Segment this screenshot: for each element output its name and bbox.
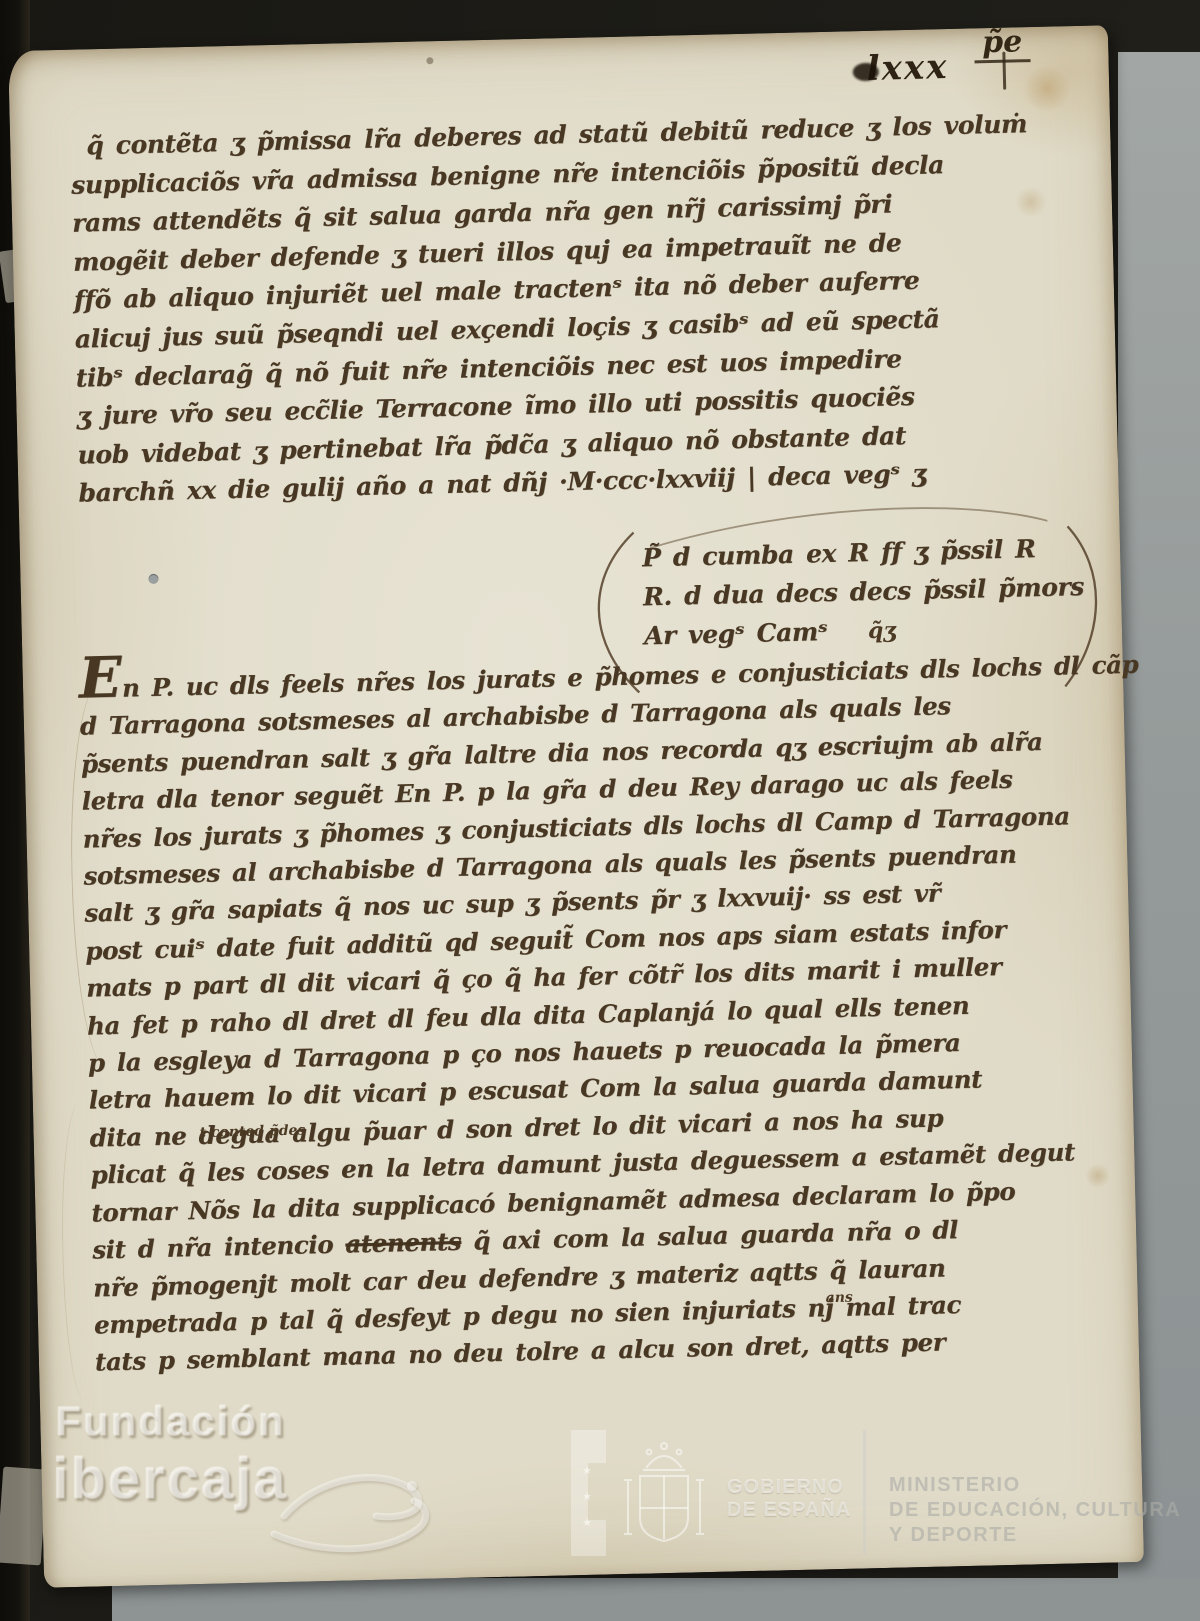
folio-probatory-mark: p̃e — [974, 27, 1031, 63]
catalan-paragraph: En P. uc dls feels nr̃es los jurats e p̃… — [78, 636, 1110, 1381]
flag-stars-icon: ★ ★ ★ — [574, 1458, 600, 1536]
manuscript-page: lxxx p̃e q̃ contẽta ʒ p̃missa lr̃a deber… — [8, 25, 1144, 1587]
gobierno-label: GOBIERNO — [727, 1476, 844, 1499]
manuscript-scan: lxxx p̃e q̃ contẽta ʒ p̃missa lr̃a deber… — [0, 0, 1200, 1621]
line-text: sit d nr̃a intencio — [92, 1230, 346, 1265]
gray-backing-sheet-bottom — [112, 1578, 1200, 1621]
ministerio-label: DE EDUCACIÓN, CULTURA — [889, 1499, 1181, 1522]
punch-hole — [148, 574, 158, 584]
coat-of-arms-icon — [616, 1438, 712, 1546]
de-espana-label: DE ESPAÑA — [727, 1499, 851, 1522]
folio-number: lxxx — [866, 49, 949, 87]
watermark-divider — [863, 1430, 866, 1554]
latin-paragraph: q̃ contẽta ʒ p̃missa lr̃a deberes ad sta… — [70, 104, 1069, 513]
struck-word: atenents — [345, 1227, 462, 1259]
chancery-note: P̃ d cumba ex R ff ʒ p̃ssil R R. d dua d… — [642, 528, 1075, 655]
interlinear-insertion: t conted p̃des — [199, 1122, 305, 1140]
ibercaja-logo-icon — [262, 1460, 442, 1570]
ministerio-label: MINISTERIO — [889, 1474, 1021, 1497]
note-mark: q̃ʒ — [868, 618, 896, 643]
folio-number-text: lxxx — [866, 47, 949, 89]
watermark-fundacion-text: Fundación — [56, 1398, 286, 1446]
watermark-ibercaja-text: ibercaja — [53, 1446, 288, 1513]
ministerio-label: Y DEPORTE — [889, 1524, 1018, 1547]
superscript-annotation: ans — [825, 1290, 853, 1307]
underlying-page-edge — [0, 1467, 47, 1566]
stain — [426, 57, 433, 64]
